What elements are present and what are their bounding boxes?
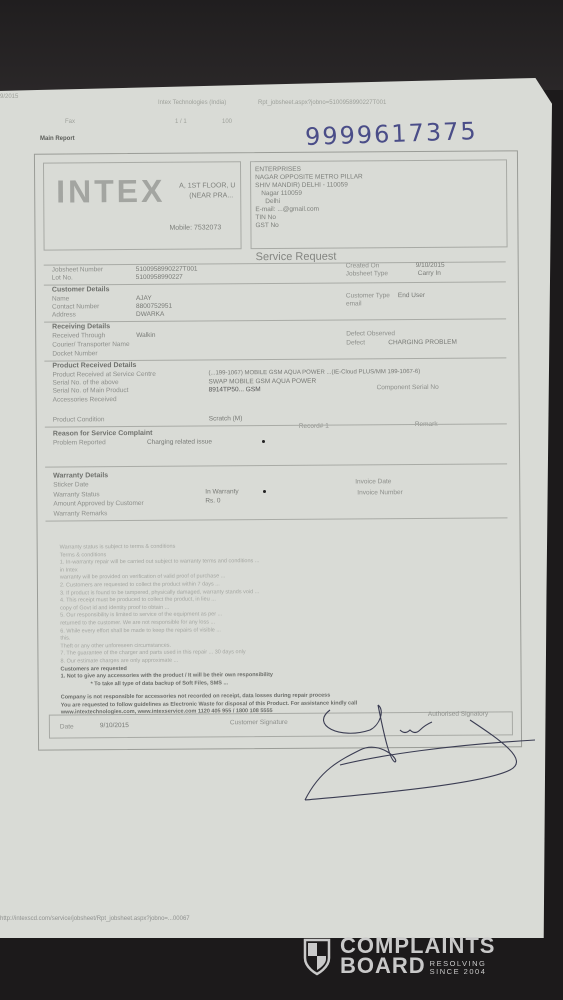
address-line-1: A, 1ST FLOOR, U — [179, 182, 235, 189]
divider — [45, 463, 507, 467]
date-value: 9/10/2015 — [100, 722, 129, 729]
serial-value: SWAP MOBILE GSM AQUA POWER — [208, 378, 316, 386]
invoice-number-label: Invoice Number — [357, 489, 403, 496]
print-date: 9/2015 — [0, 94, 18, 100]
created-value: 9/10/2015 — [416, 262, 445, 269]
divider — [44, 281, 506, 285]
product-received-label: Product Received at Service Centre — [52, 371, 155, 379]
problem-label: Problem Reported — [53, 439, 106, 446]
handwritten-signature — [300, 700, 540, 810]
product-section-title: Product Received Details — [52, 362, 136, 370]
print-url-footer: http://intexscd.com/service/jobsheet/Rpt… — [0, 916, 190, 922]
dark-background — [0, 0, 563, 90]
form-title: Service Request — [256, 251, 337, 264]
defect-observed-label: Defect Observed — [346, 330, 395, 337]
condition-label: Product Condition — [53, 416, 105, 423]
warranty-section-title: Warranty Details — [53, 472, 108, 479]
address-label: Address — [52, 311, 76, 318]
component-serial-label: Component Serial No — [377, 384, 439, 391]
address-line-2: (NEAR PRA... — [189, 192, 233, 199]
name-label: Name — [52, 295, 69, 302]
customer-type-value: End User — [398, 292, 425, 299]
print-page-title: Intex Technologies (India) — [158, 100, 226, 106]
print-url-header: Rpt_jobsheet.aspx?jobno=5100958990227T00… — [258, 100, 386, 106]
divider — [45, 517, 507, 521]
divider — [44, 357, 506, 361]
watermark-line2: BOARD — [340, 956, 426, 976]
intex-logo: INTEX — [56, 173, 165, 211]
watermark-tag2: SINCE 2004 — [430, 968, 487, 976]
report-label: Main Report — [40, 136, 75, 142]
speck — [262, 440, 265, 443]
warranty-status-label: Warranty Status — [53, 491, 99, 498]
jobsheet-type-label: Jobsheet Type — [346, 270, 388, 277]
customer-section-title: Customer Details — [52, 286, 110, 293]
defect-value: CHARGING PROBLEM — [388, 339, 457, 346]
main-serial-value: 8914TP50... GSM — [209, 386, 261, 393]
addr-line: GST No — [255, 220, 506, 230]
courier-label: Courier/ Transporter Name — [52, 341, 129, 349]
jobsheet-value: 5100958990227T001 — [136, 266, 198, 273]
address-value: DWARKA — [136, 311, 164, 318]
complaint-section-title: Reason for Service Complaint — [53, 430, 153, 438]
received-through-value: Walkin — [136, 332, 155, 339]
complaintsboard-watermark: COMPLAINTS BOARD RESOLVING SINCE 2004 — [302, 936, 495, 976]
print-page-number: 1 / 1 — [175, 119, 187, 125]
sticker-date-label: Sticker Date — [53, 481, 88, 488]
terms-and-conditions: Warranty status is subject to terms & co… — [60, 541, 506, 717]
docket-label: Docket Number — [52, 350, 97, 357]
warranty-remarks-label: Warranty Remarks — [53, 510, 107, 517]
amount-label: Amount Approved by Customer — [53, 500, 143, 508]
mobile-number: Mobile: 7532073 — [169, 224, 221, 231]
print-zoom: 100 — [222, 119, 232, 125]
product-received-value: (...199-1067) MOBILE GSM AQUA POWER ...(… — [208, 369, 420, 376]
email-label: email — [346, 300, 362, 307]
shield-icon — [302, 936, 332, 976]
condition-value: Scratch (M) — [209, 415, 243, 422]
contact-label: Contact Number — [52, 303, 99, 310]
name-value: AJAY — [136, 295, 152, 302]
print-fax: Fax — [65, 119, 75, 125]
divider — [44, 318, 506, 322]
jobsheet-label: Jobsheet Number — [52, 266, 103, 273]
receiving-section-title: Receiving Details — [52, 323, 110, 330]
date-label: Date — [60, 723, 74, 730]
main-serial-label: Serial No. of Main Product — [53, 387, 129, 395]
problem-value: Charging related issue — [147, 438, 212, 445]
service-center-address: ENTERPRISES NAGAR OPPOSITE METRO PILLAR … — [250, 159, 508, 249]
customer-signature-label: Customer Signature — [230, 719, 288, 726]
customer-type-label: Customer Type — [346, 292, 390, 299]
company-header: INTEX A, 1ST FLOOR, U (NEAR PRA... Mobil… — [43, 161, 242, 250]
received-through-label: Received Through — [52, 332, 105, 339]
amount-value: Rs. 0 — [205, 497, 220, 504]
speck — [263, 490, 266, 493]
created-label: Created On — [346, 262, 380, 269]
accessories-label: Accessories Received — [53, 396, 117, 403]
jobsheet-type-value: Carry In — [418, 270, 441, 277]
lot-label: Lot No. — [52, 274, 73, 281]
jobsheet-form: INTEX A, 1ST FLOOR, U (NEAR PRA... Mobil… — [34, 150, 522, 750]
contact-value: 8800752951 — [136, 303, 172, 310]
defect-label: Defect — [346, 339, 365, 346]
warranty-status-value: In Warranty — [205, 488, 238, 495]
lot-value: 5100958990227 — [136, 274, 183, 281]
serial-label: Serial No. of the above — [52, 379, 118, 386]
invoice-date-label: Invoice Date — [355, 478, 391, 485]
